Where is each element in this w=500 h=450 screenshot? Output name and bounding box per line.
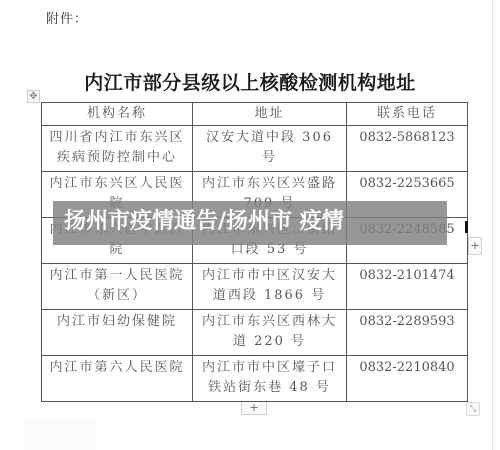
cell-address[interactable]: 内江市东兴区西林大道 220 号	[193, 310, 347, 356]
row-boundary-marker	[465, 221, 468, 233]
cell-phone[interactable]: 0832-2289593	[347, 310, 468, 356]
cell-phone[interactable]: 0832-2210840	[347, 356, 468, 402]
cell-institution-name[interactable]: 内江市第六人民医院	[42, 356, 193, 402]
cell-address[interactable]: 内江市市中区汉安大道西段 1866 号	[193, 264, 347, 310]
cell-phone[interactable]: 0832-5868123	[347, 126, 468, 172]
table-row: 内江市妇幼保健院 内江市东兴区西林大道 220 号 0832-2289593	[42, 310, 468, 356]
table-resize-icon[interactable]: ⤡	[466, 402, 480, 416]
cell-address[interactable]: 内江市市中区壕子口铁站街东巷 48 号	[193, 356, 347, 402]
institution-table: 机构名称 地址 联系电话 四川省内江市东兴区疾病预防控制中心 汉安大道中段 30…	[41, 102, 468, 402]
table-row: 内江市第六人民医院 内江市市中区壕子口铁站街东巷 48 号 0832-22108…	[42, 356, 468, 402]
table-header-row: 机构名称 地址 联系电话	[42, 103, 468, 126]
header-address: 地址	[193, 103, 347, 126]
cell-institution-name[interactable]: 四川省内江市东兴区疾病预防控制中心	[42, 126, 193, 172]
cell-address[interactable]: 汉安大道中段 306 号	[193, 126, 347, 172]
cell-institution-name[interactable]: 内江市妇幼保健院	[42, 310, 193, 356]
table-row: 内江市第一人民医院（新区） 内江市市中区汉安大道西段 1866 号 0832-2…	[42, 264, 468, 310]
add-column-icon[interactable]: +	[241, 402, 267, 415]
add-row-icon[interactable]: +	[468, 237, 482, 255]
document-title: 内江市部分县级以上核酸检测机构地址	[0, 68, 500, 95]
header-phone: 联系电话	[347, 103, 468, 126]
table-row: 四川省内江市东兴区疾病预防控制中心 汉安大道中段 306 号 0832-5868…	[42, 126, 468, 172]
attachment-label: 附件：	[46, 8, 88, 27]
header-institution-name: 机构名称	[42, 103, 193, 126]
table-move-handle-icon[interactable]: ✥	[27, 90, 40, 103]
cell-institution-name[interactable]: 内江市第一人民医院（新区）	[42, 264, 193, 310]
cell-phone[interactable]: 0832-2101474	[347, 264, 468, 310]
overlay-banner-text: 扬州市疫情通告/扬州市 疫情	[64, 203, 344, 241]
page-margin-area	[25, 418, 95, 450]
